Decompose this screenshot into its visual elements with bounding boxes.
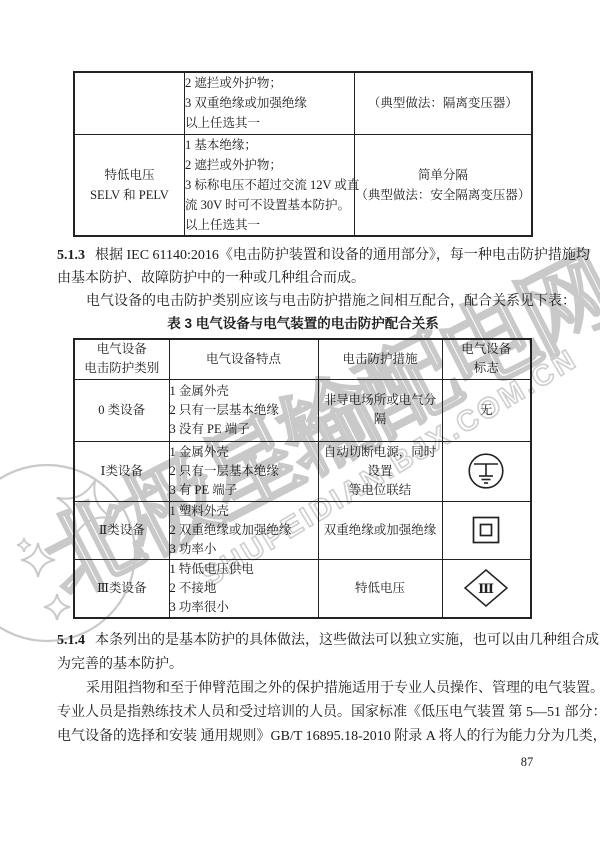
method-line: 1 基本绝缘； bbox=[185, 135, 354, 155]
page-number: 87 bbox=[505, 754, 549, 770]
paragraph-line: 为完善的基本防护。 bbox=[57, 653, 544, 677]
method-line: 3 标称电压不超过交流 12V 或直 bbox=[185, 175, 354, 195]
cell-mark-class-iii: Ⅲ bbox=[442, 559, 531, 618]
paragraph-line: 5.1.4本条列出的是基本防护的具体做法，这些做法可以独立实施，也可以由几种组合… bbox=[57, 629, 544, 653]
note-line: 简单分隔 bbox=[355, 165, 531, 185]
table-row: 特低电压 SELV 和 PELV 1 基本绝缘； 2 遮拦或外护物； 3 标称电… bbox=[74, 134, 532, 236]
category-line: 特低电压 bbox=[75, 165, 184, 185]
table-row: 2 遮拦或外护物； 3 双重绝缘或加强绝缘 以上任选其一 （典型做法：隔离变压器… bbox=[74, 72, 532, 134]
cell-category: Ⅲ类设备 bbox=[74, 559, 169, 618]
note-line: （典型做法：隔离变压器） bbox=[355, 93, 531, 113]
double-insulation-icon bbox=[470, 514, 502, 546]
cell-measures: 自动切断电源，同时设置 等电位联结 bbox=[318, 441, 442, 501]
table3-equipment-protection: 电气设备 电击防护类别 电气设备特点 电击防护措施 电气设备 标志 0 类设备 … bbox=[73, 338, 532, 619]
method-line: 流 30V 时可不设置基本防护。 bbox=[185, 195, 354, 215]
section-number: 5.1.4 bbox=[57, 633, 85, 648]
cell-mark-double-insulation bbox=[442, 501, 531, 559]
cell-measures: 双重绝缘或加强绝缘 bbox=[318, 501, 442, 559]
cell-category-selv: 特低电压 SELV 和 PELV bbox=[74, 134, 184, 236]
protective-earth-icon bbox=[467, 452, 505, 490]
cell-features: 1 金属外壳 2 只有一层基本绝缘 3 有 PE 端子 bbox=[169, 441, 318, 501]
paragraph-text: 本条列出的是基本防护的具体做法，这些做法可以独立实施，也可以由几种组合成 bbox=[95, 633, 599, 648]
header-mark: 电气设备 标志 bbox=[442, 339, 531, 379]
method-line: 2 遮拦或外护物； bbox=[185, 73, 354, 93]
cell-category: Ⅱ类设备 bbox=[74, 501, 169, 559]
cell-methods: 2 遮拦或外护物； 3 双重绝缘或加强绝缘 以上任选其一 bbox=[184, 72, 354, 134]
table-row-class3: Ⅲ类设备 1 特低电压供电 2 不接地 3 功率很小 特低电压 Ⅲ bbox=[74, 559, 531, 618]
cell-methods: 1 基本绝缘； 2 遮拦或外护物； 3 标称电压不超过交流 12V 或直 流 3… bbox=[184, 134, 354, 236]
table3-caption: 表 3 电气设备与电气装置的电击防护配合关系 bbox=[73, 314, 533, 334]
cell-mark-earth bbox=[442, 441, 531, 501]
cell-category: 0 类设备 bbox=[74, 379, 169, 441]
page-content: 2 遮拦或外护物； 3 双重绝缘或加强绝缘 以上任选其一 （典型做法：隔离变压器… bbox=[0, 0, 600, 848]
cell-measures: 特低电压 bbox=[318, 559, 442, 618]
method-line: 以上任选其一 bbox=[185, 215, 354, 235]
mark-text: 无 bbox=[480, 403, 493, 417]
paragraph-text: 根据 IEC 61140:2016《电击防护装置和设备的通用部分》，每一种电击防… bbox=[95, 248, 590, 263]
cell-typical-note: （典型做法：隔离变压器） bbox=[354, 72, 532, 134]
category-line: SELV 和 PELV bbox=[75, 185, 184, 205]
cell-features: 1 塑料外壳 2 双重绝缘或加强绝缘 3 功率小 bbox=[169, 501, 318, 559]
paragraph-line: 电气设备的电击防护类别应该与电击防护措施之间相互配合，配合关系见下表： bbox=[57, 290, 544, 313]
paragraph-line: 电气设备的选择和安装 通用规则》GB/T 16895.18-2010 附录 A … bbox=[57, 725, 544, 749]
note-line: （典型做法：安全隔离变压器） bbox=[355, 185, 531, 205]
method-line: 2 遮拦或外护物； bbox=[185, 155, 354, 175]
section-5-1-4: 5.1.4本条列出的是基本防护的具体做法，这些做法可以独立实施，也可以由几种组合… bbox=[57, 629, 544, 749]
section-number: 5.1.3 bbox=[57, 248, 85, 263]
method-line: 以上任选其一 bbox=[185, 113, 354, 133]
table-row-class1: Ⅰ类设备 1 金属外壳 2 只有一层基本绝缘 3 有 PE 端子 自动切断电源，… bbox=[74, 441, 531, 501]
paragraph-line: 由基本防护、故障防护中的一种或几种组合而成。 bbox=[57, 267, 544, 290]
paragraph-line: 采用阻挡物和至于伸臂范围之外的保护措施适用于专业人员操作、管理的电气装置。 bbox=[57, 677, 544, 701]
cell-features: 1 特低电压供电 2 不接地 3 功率很小 bbox=[169, 559, 318, 618]
cell-features: 1 金属外壳 2 只有一层基本绝缘 3 没有 PE 端子 bbox=[169, 379, 318, 441]
class-iii-diamond-icon: Ⅲ bbox=[463, 568, 509, 608]
method-line: 3 双重绝缘或加强绝缘 bbox=[185, 93, 354, 113]
paragraph-line: 5.1.3根据 IEC 61140:2016《电击防护装置和设备的通用部分》，每… bbox=[57, 244, 544, 267]
cell-category: Ⅰ类设备 bbox=[74, 441, 169, 501]
table-protection-methods: 2 遮拦或外护物； 3 双重绝缘或加强绝缘 以上任选其一 （典型做法：隔离变压器… bbox=[73, 71, 533, 237]
document-page: 北极星输配电网 SHUPEIDIAN.BJX.COM.CN 2 遮拦或外护物； … bbox=[0, 0, 600, 848]
cell-category-empty bbox=[74, 72, 184, 134]
header-measures: 电击防护措施 bbox=[318, 339, 442, 379]
header-category: 电气设备 电击防护类别 bbox=[74, 339, 169, 379]
paragraph-line: 专业人员是指熟练技术人员和受过培训的人员。国家标准《低压电气装置 第 5—51 … bbox=[57, 701, 544, 725]
cell-measures: 非导电场所或电气分隔 bbox=[318, 379, 442, 441]
section-5-1-3: 5.1.3根据 IEC 61140:2016《电击防护装置和设备的通用部分》，每… bbox=[57, 244, 544, 313]
table-row-class2: Ⅱ类设备 1 塑料外壳 2 双重绝缘或加强绝缘 3 功率小 双重绝缘或加强绝缘 bbox=[74, 501, 531, 559]
cell-typical-note: 简单分隔 （典型做法：安全隔离变压器） bbox=[354, 134, 532, 236]
table-row-class0: 0 类设备 1 金属外壳 2 只有一层基本绝缘 3 没有 PE 端子 非导电场所… bbox=[74, 379, 531, 441]
header-features: 电气设备特点 bbox=[169, 339, 318, 379]
table-header-row: 电气设备 电击防护类别 电气设备特点 电击防护措施 电气设备 标志 bbox=[74, 339, 531, 379]
cell-mark-none: 无 bbox=[442, 379, 531, 441]
mark-text: Ⅲ bbox=[478, 581, 494, 596]
